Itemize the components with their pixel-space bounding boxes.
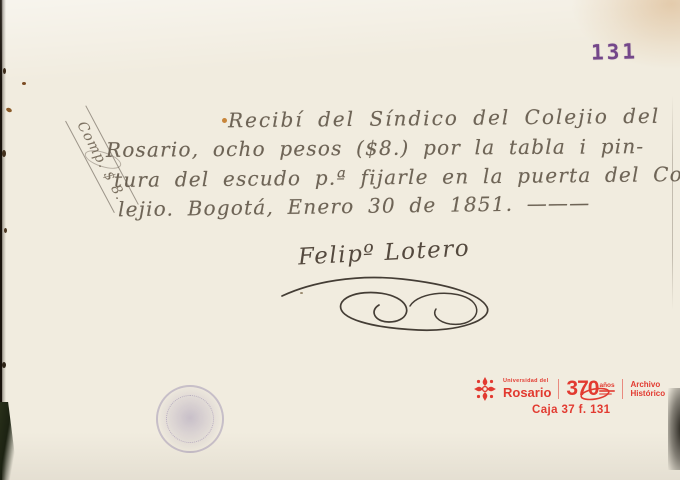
institutional-footer: Universidad del Rosario 370 años Archivo…	[474, 376, 665, 402]
scanned-document: 131 Recibí del Síndico del Colejio del R…	[0, 0, 680, 480]
archive-seal-stamp	[156, 385, 224, 453]
footer-divider	[622, 379, 623, 399]
university-wordmark-top: Universidad del	[503, 379, 551, 385]
stain	[22, 82, 26, 85]
stain	[4, 228, 7, 233]
archive-label: Archivo Histórico	[630, 380, 665, 398]
manuscript-line-1: Recibí del Síndico del Colejio del	[228, 104, 660, 133]
stain	[222, 118, 227, 123]
stain	[2, 150, 6, 157]
archive-seal-inner-ring	[166, 395, 214, 443]
manuscript-line-2: Rosario, ocho pesos ($8.) por la tabla i…	[106, 134, 644, 162]
stain	[3, 68, 6, 74]
anniversary-logo: 370 años	[566, 380, 615, 399]
university-wordmark-name: Rosario	[503, 386, 551, 399]
university-wordmark: Universidad del Rosario	[503, 379, 551, 399]
footer-divider	[558, 379, 559, 399]
stain	[2, 362, 6, 368]
anniversary-swoosh-icon	[580, 386, 610, 402]
folio-number-stamp: 131	[591, 39, 639, 64]
archive-label-line1: Archivo	[630, 380, 665, 389]
rosario-crest-icon	[474, 377, 496, 401]
archive-label-line2: Histórico	[630, 389, 665, 398]
right-edge-shadow	[672, 95, 673, 310]
signature-flourish	[278, 266, 498, 338]
bottom-right-dark-corner	[668, 388, 680, 470]
box-reference: Caja 37 f. 131	[532, 404, 610, 416]
